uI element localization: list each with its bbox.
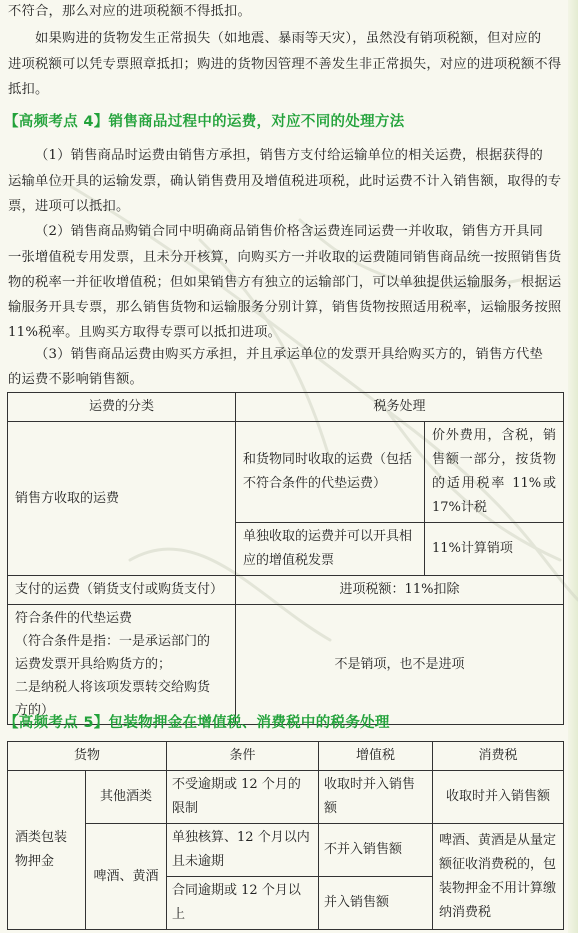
cell-beer-condition-2: 合同逾期或 12 个月以上 (167, 877, 319, 930)
cell-beer-vat-1: 不并入销售额 (319, 824, 433, 877)
cell-liquor-deposit-group: 酒类包装物押金 (8, 771, 86, 930)
qualified-line-1: 符合条件的代垫运费 (15, 607, 228, 630)
cell-beer-vat-2: 并入销售额 (319, 877, 433, 930)
cell-other-liquor: 其他酒类 (86, 771, 167, 824)
freight-tax-table: 运费的分类 税务处理 销售方收取的运费 和货物同时收取的运费（包括不符合条件的代… (7, 392, 564, 725)
section-4-heading: 【高频考点 4】销售商品过程中的运费，对应不同的处理方法 (4, 110, 405, 131)
cell-other-liquor-vat: 收取时并入销售额 (319, 771, 433, 824)
cell-beer-consumption: 啤酒、黄酒是从量定额征收消费税的，包装物押金不用计算缴纳消费税 (433, 824, 564, 930)
cell-separately-collected: 单独收取的运费并可以开具相应的增值税发票 (236, 523, 425, 576)
cell-beer-yellow-wine: 啤酒、黄酒 (86, 824, 167, 930)
table-row: 酒类包装物押金 其他酒类 不受逾期或 12 个月的限制 收取时并入销售额 收取时… (8, 771, 564, 824)
cell-qualified-treatment: 不是销项，也不是进项 (236, 605, 564, 725)
cell-beer-condition-1: 单独核算、12 个月以内且未逾期 (167, 824, 319, 877)
col-header-goods: 货物 (8, 742, 167, 771)
table-row: 支付的运费（销货支付或购货支付） 进项税额：11%扣除 (8, 576, 564, 605)
s4-p1-line-1: （1）销售商品时运费由销售方承担，销售方支付给运输单位的相关运费，根据获得的 (35, 143, 543, 169)
qualified-line-2: （符合条件是指：一是承运部门的 (15, 630, 228, 653)
cell-separately-collected-treatment: 11%计算销项 (425, 523, 564, 576)
col-header-treatment: 税务处理 (236, 393, 564, 422)
s4-p2-line-4: 输服务开具专票，那么销售货物和运输服务分别计算，销售货物按照适用税率，运输服务按… (8, 295, 561, 321)
cell-paid-freight-treatment: 进项税额：11%扣除 (236, 576, 564, 605)
col-header-classification: 运费的分类 (8, 393, 236, 422)
s4-p3-line-1: （3）销售商品运费由购买方承担，并且承运单位的发票开具给购买方的，销售方代垫 (35, 342, 543, 368)
section-5-heading: 【高频考点 5】包装物押金在增值税、消费税中的税务处理 (4, 711, 390, 732)
s4-p3-line-2: 的运费不影响销售额。 (8, 367, 143, 393)
s4-p2-line-2: 一张增值税专用发票，且未分开核算，向购买方一并收取的运费随同销售商品统一按照销售… (8, 245, 561, 271)
cell-collected-with-goods: 和货物同时收取的运费（包括不符合条件的代垫运费） (236, 422, 425, 523)
cell-other-liquor-condition: 不受逾期或 12 个月的限制 (167, 771, 319, 824)
s4-p2-line-1: （2）销售商品购销合同中明确商品销售价格含运费连同运费一并收取，销售方开具同 (35, 219, 543, 245)
table-row: 销售方收取的运费 和货物同时收取的运费（包括不符合条件的代垫运费） 价外费用，含… (8, 422, 564, 523)
intro-line-4: 抵扣。 (8, 77, 49, 103)
intro-line-3: 进项税额可以凭专票照章抵扣；购进的货物因管理不善发生非正常损失，对应的进项税额不… (8, 52, 561, 78)
table-header-row: 运费的分类 税务处理 (8, 393, 564, 422)
cell-collected-with-goods-treatment: 价外费用，含税，销售额一部分，按货物的适用税率 11%或17%计税 (425, 422, 564, 523)
col-header-consumption-tax: 消费税 (433, 742, 564, 771)
cell-qualified-advance-freight: 符合条件的代垫运费 （符合条件是指：一是承运部门的 运费发票开具给购货方的； 二… (8, 605, 236, 725)
s4-p1-line-2: 运输单位开具的运输发票，确认销售费用及增值税进项税，此时运费不计入销售额，取得的… (8, 169, 561, 195)
cell-paid-freight: 支付的运费（销货支付或购货支付） (8, 576, 236, 605)
s4-p1-line-3: 票，进项可以抵扣。 (8, 194, 129, 220)
col-header-condition: 条件 (167, 742, 319, 771)
cell-seller-collected: 销售方收取的运费 (8, 422, 236, 576)
intro-line-2: 如果购进的货物发生正常损失（如地震、暴雨等天灾），虽然没有销项税额，但对应的 (35, 26, 541, 52)
table-row: 啤酒、黄酒 单独核算、12 个月以内且未逾期 不并入销售额 啤酒、黄酒是从量定额… (8, 824, 564, 877)
qualified-line-3: 运费发票开具给购货方的； (15, 653, 228, 676)
qualified-line-4: 二是纳税人将该项发票转交给购货 (15, 676, 228, 699)
document-page: 不符合，那么对应的进项税额不得抵扣。 如果购进的货物发生正常损失（如地震、暴雨等… (0, 0, 578, 933)
intro-line-1: 不符合，那么对应的进项税额不得抵扣。 (8, 0, 251, 25)
packaging-deposit-table: 货物 条件 增值税 消费税 酒类包装物押金 其他酒类 不受逾期或 12 个月的限… (7, 741, 564, 930)
s4-p2-line-3: 物的税率一并征收增值税；但如果销售方有独立的运输部门，可以单独提供运输服务，根据… (8, 270, 561, 296)
table-header-row: 货物 条件 增值税 消费税 (8, 742, 564, 771)
cell-other-liquor-consumption: 收取时并入销售额 (433, 771, 564, 824)
col-header-vat: 增值税 (319, 742, 433, 771)
table-row: 符合条件的代垫运费 （符合条件是指：一是承运部门的 运费发票开具给购货方的； 二… (8, 605, 564, 725)
